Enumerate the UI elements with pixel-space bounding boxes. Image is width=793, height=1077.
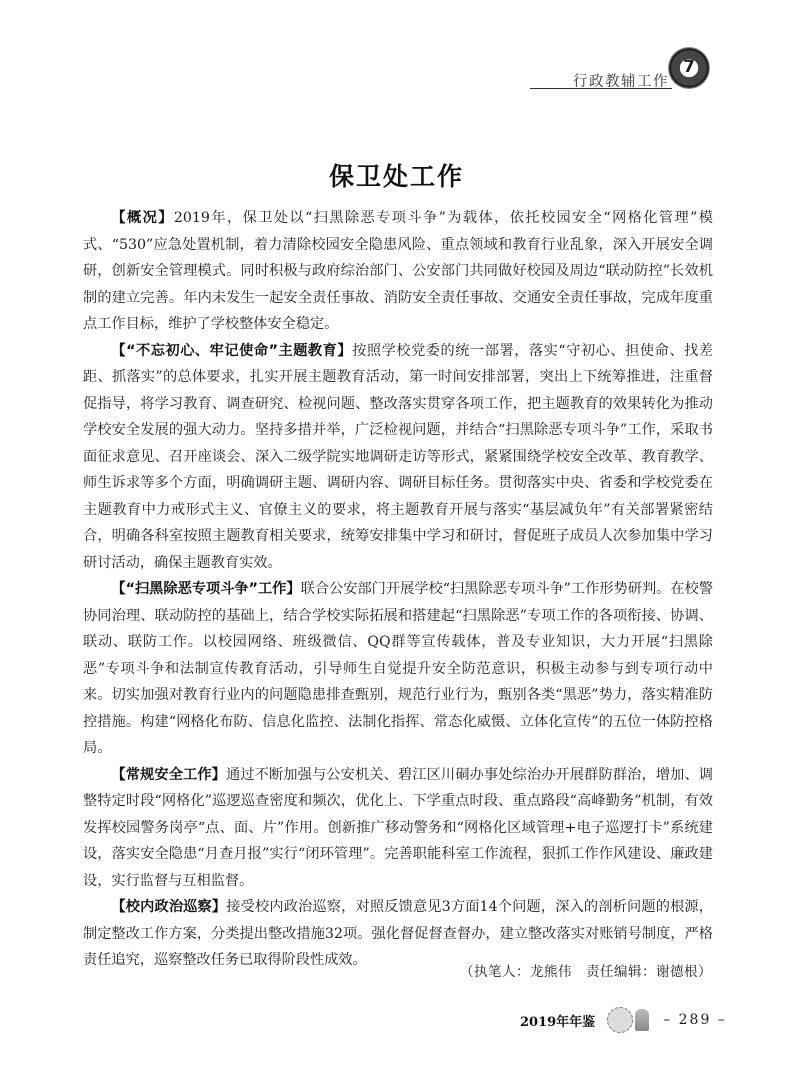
paragraph-anti-crime-campaign: 【“扫黑除恶专项斗争”工作】联合公安部门开展学校“扫黑除恶专项斗争”工作形势研判… — [83, 576, 713, 762]
yearbook-mascot-icon — [605, 1007, 653, 1033]
paragraph-tag: 【“不忘初心、牢记使命”主题教育】 — [111, 343, 352, 359]
paragraph-tag: 【“扫黑除恶专项斗争”工作】 — [111, 581, 300, 597]
paragraph-theme-education: 【“不忘初心、牢记使命”主题教育】按照学校党委的统一部署，落实“守初心、担使命、… — [83, 338, 713, 577]
paragraph-routine-security: 【常规安全工作】通过不断加强与公安机关、碧江区川硐办事处综治办开展群防群治，增加… — [83, 762, 713, 895]
page-title: 保卫处工作 — [0, 157, 793, 193]
author-byline: （执笔人：龙熊伟 责任编辑：谢德根） — [460, 960, 712, 980]
header-divider — [530, 88, 672, 89]
paragraph-text: 2019年，保卫处以“扫黑除恶专项斗争”为载体，依托校园安全“网格化管理”模式、… — [83, 210, 713, 332]
paragraph-tag: 【常规安全工作】 — [111, 767, 226, 783]
mascot-figure-shape — [635, 1009, 649, 1031]
university-logo-icon: 7 — [669, 48, 709, 88]
paragraph-overview: 【概况】2019年，保卫处以“扫黑除恶专项斗争”为载体，依托校园安全“网格化管理… — [83, 205, 713, 338]
page-number: – 289 – — [663, 1012, 727, 1028]
paragraph-text: 按照学校党委的统一部署，落实“守初心、担使命、找差距、抓落实”的总体要求，扎实开… — [83, 343, 713, 571]
paragraph-tag: 【概况】 — [111, 210, 173, 226]
yearbook-label: 2019年年鉴 — [520, 1011, 595, 1030]
mascot-head-shape — [607, 1007, 633, 1033]
logo-glyph: 7 — [669, 57, 709, 77]
paragraph-text: 通过不断加强与公安机关、碧江区川硐办事处综治办开展群防群治，增加、调整特定时段“… — [83, 767, 713, 889]
page-footer: 2019年年鉴 – 289 – — [520, 1005, 727, 1035]
paragraph-text: 联合公安部门开展学校“扫黑除恶专项斗争”工作形势研判。在校警协同治理、联动防控的… — [83, 581, 713, 756]
paragraph-tag: 【校内政治巡察】 — [111, 899, 226, 915]
article-body: 【概况】2019年，保卫处以“扫黑除恶专项斗争”为载体，依托校园安全“网格化管理… — [83, 205, 713, 974]
page-header: 行政教辅工作 7 — [0, 0, 793, 110]
